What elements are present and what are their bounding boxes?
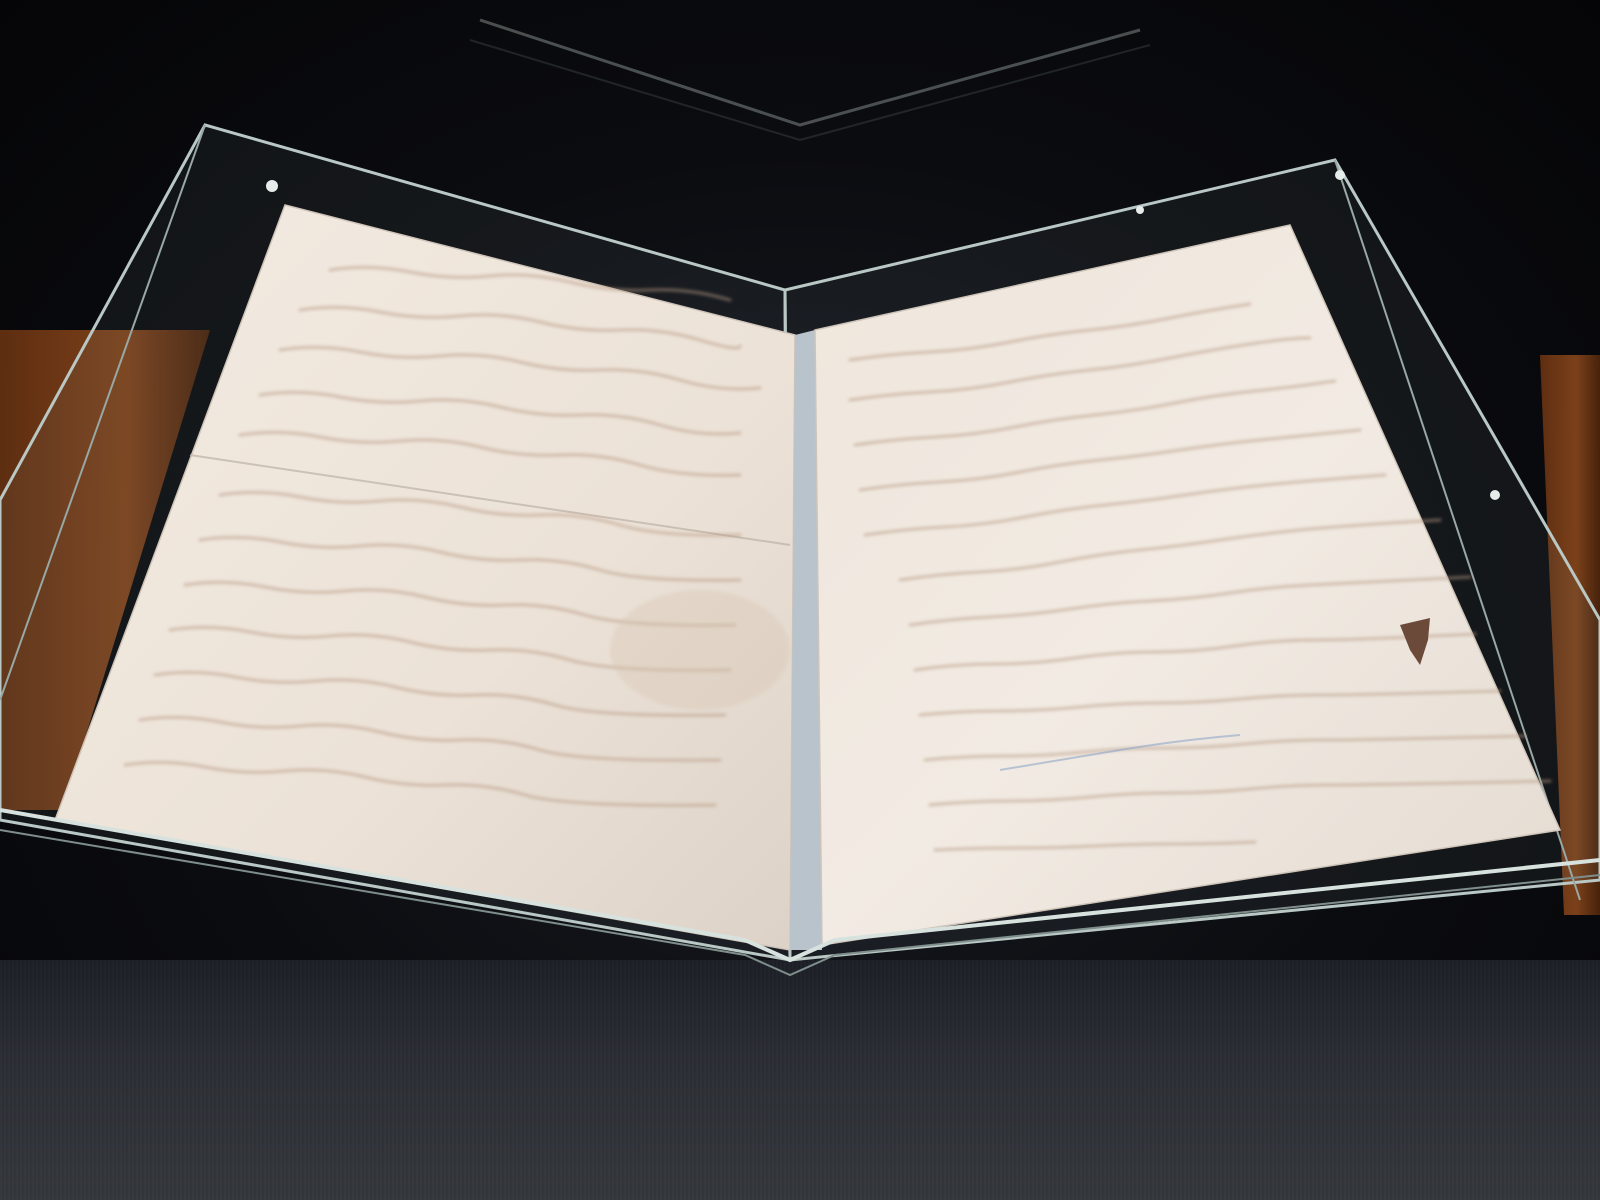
paper-stain	[610, 590, 790, 710]
acrylic-screw	[1136, 206, 1144, 214]
background-acrylic-stand	[470, 20, 1150, 140]
acrylic-screw	[266, 180, 278, 192]
exhibition-scene: Open handwritten manuscript displayed in…	[0, 0, 1600, 1200]
acrylic-screw	[1490, 490, 1500, 500]
acrylic-screw	[1335, 170, 1345, 180]
right-page	[815, 225, 1560, 945]
manuscript-display	[0, 0, 1600, 1200]
